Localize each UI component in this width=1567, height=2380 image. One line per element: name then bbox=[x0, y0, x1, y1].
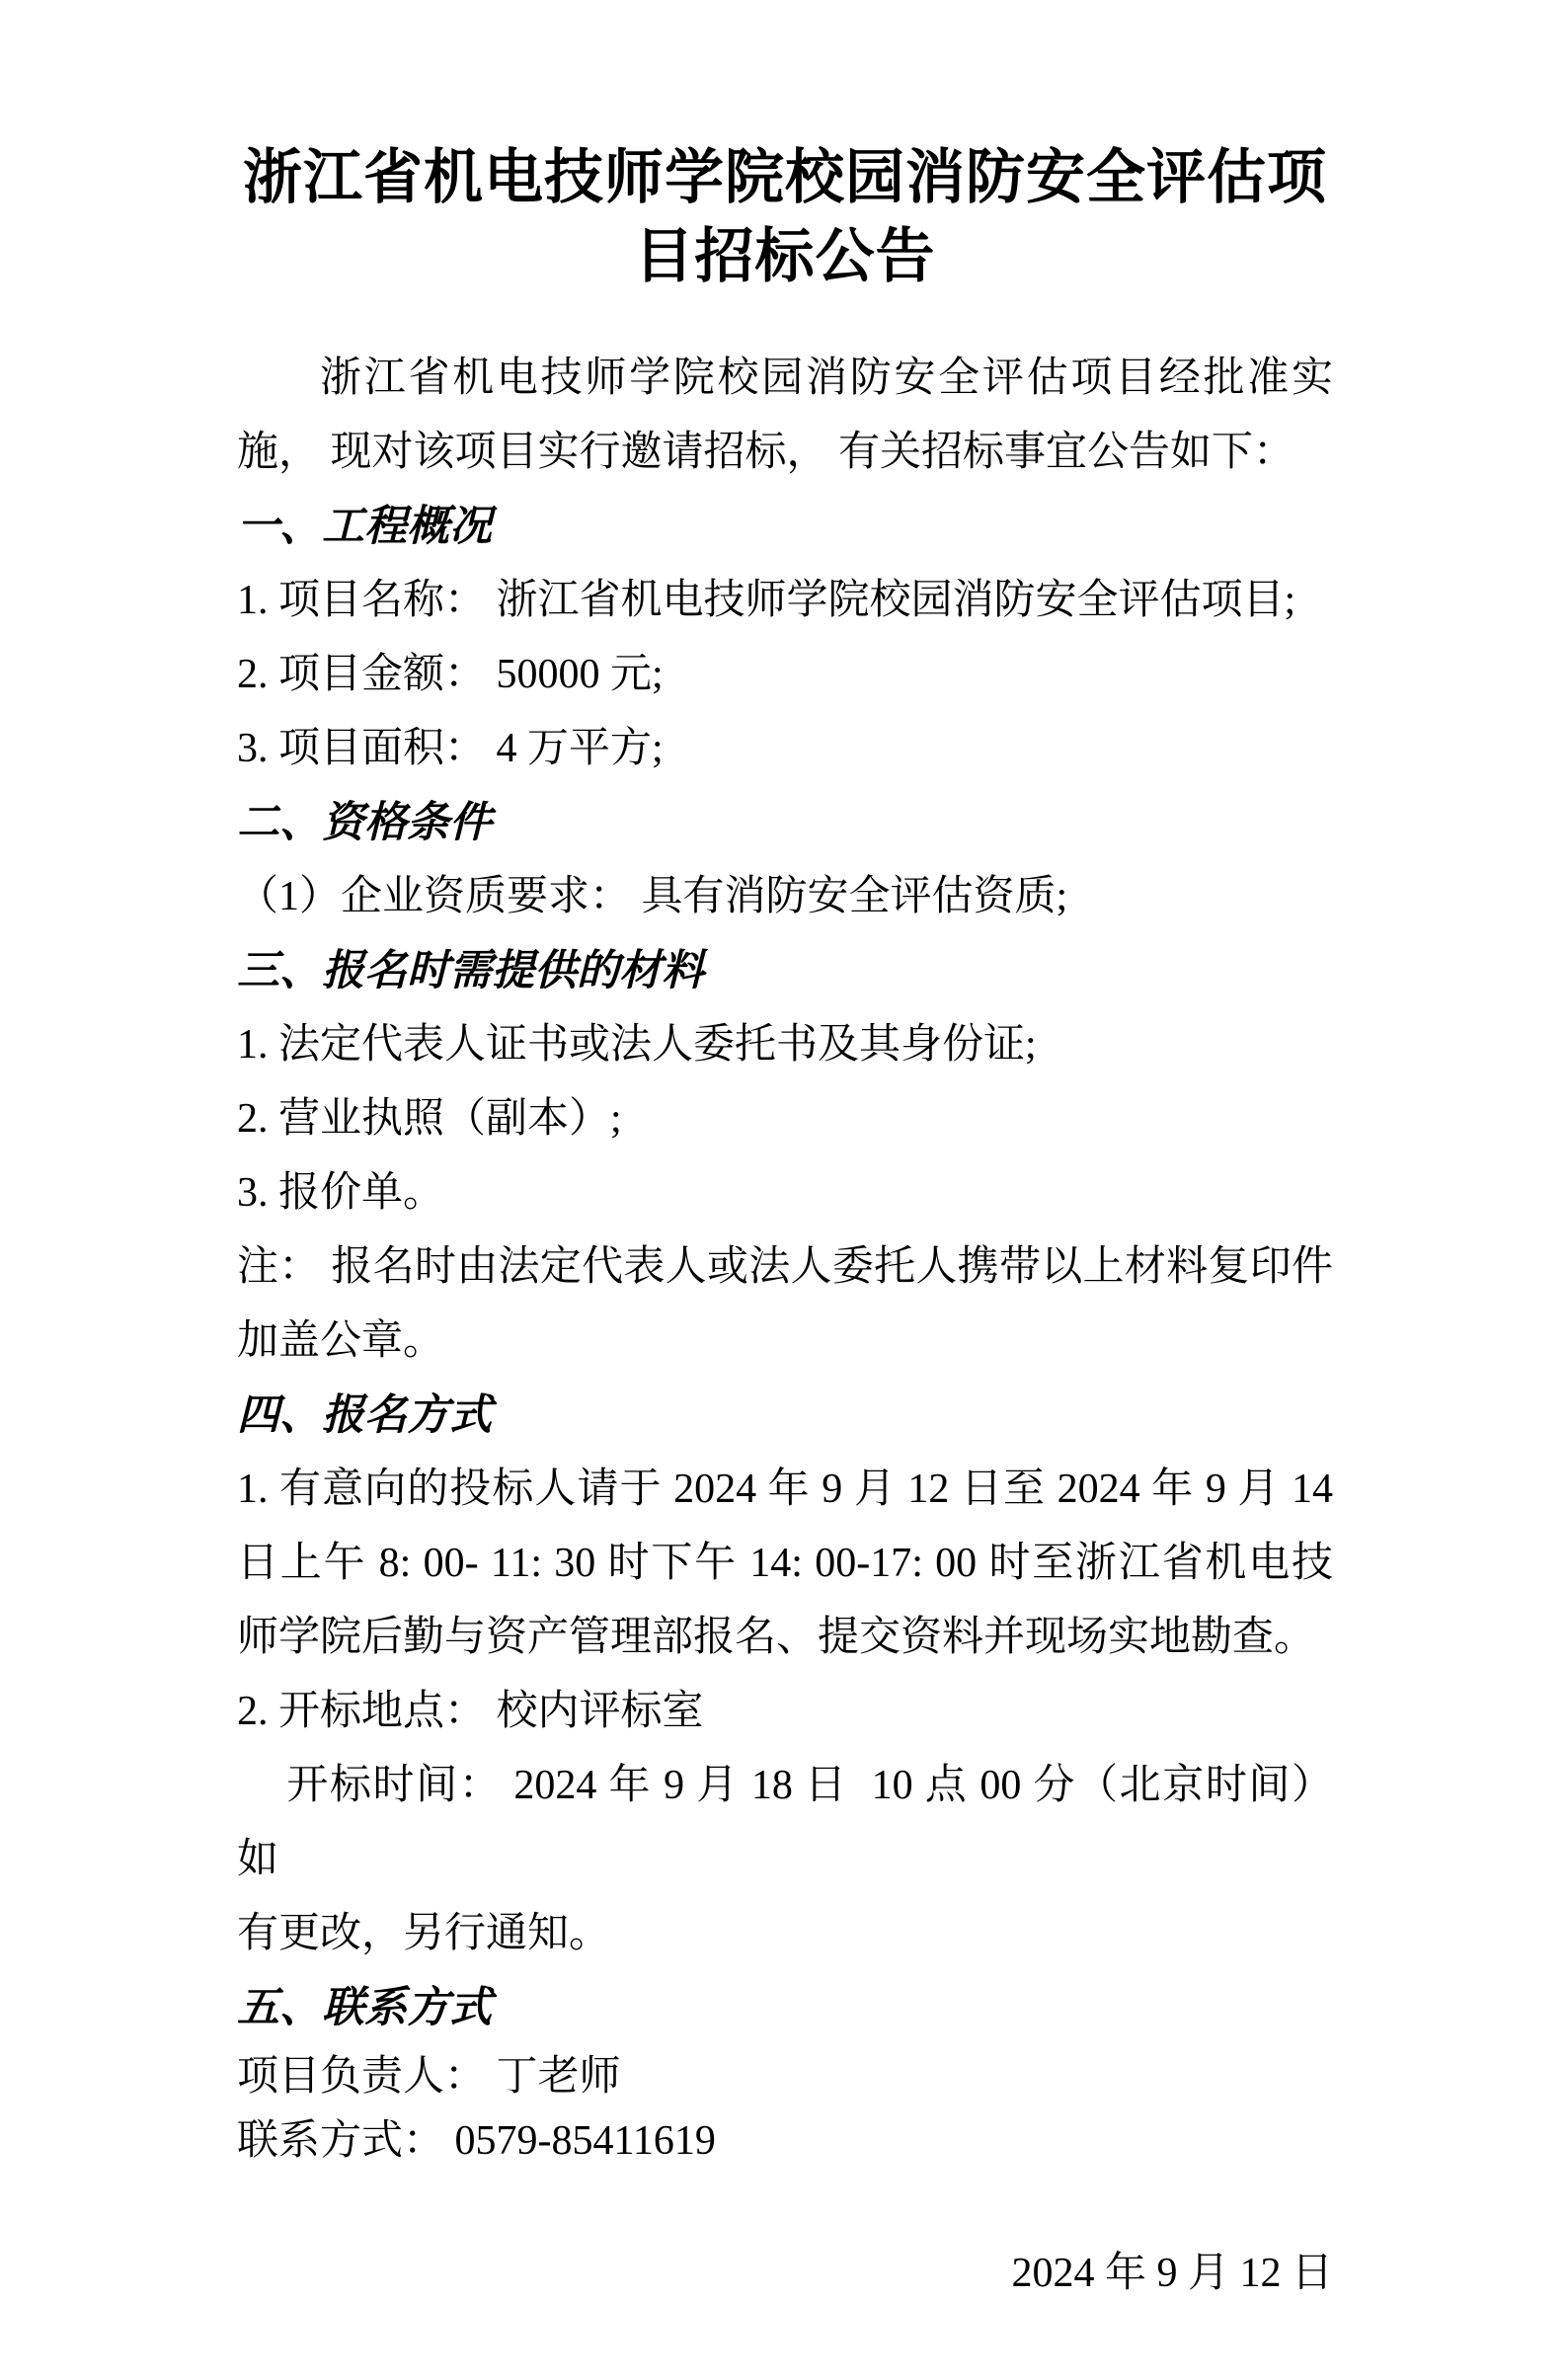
bid-location-line: 2. 开标地点： 校内评标室 bbox=[237, 1675, 1333, 1749]
contact-phone-line: 联系方式： 0579-85411619 bbox=[237, 2109, 1333, 2174]
registration-line-1: 1. 有意向的投标人请于 2024 年 9 月 12 日至 2024 年 9 月… bbox=[237, 1453, 1333, 1527]
material-item-1: 1. 法定代表人证书或法人委托书及其身份证; bbox=[237, 1008, 1333, 1082]
doc-title-line-1: 浙江省机电技师学院校园消防安全评估项 bbox=[237, 138, 1333, 217]
bid-time-line-1: 开标时间： 2024 年 9 月 18 日 10 点 00 分（北京时间）如 bbox=[237, 1749, 1333, 1897]
note-line-2: 加盖公章。 bbox=[237, 1305, 1333, 1379]
project-area-line: 3. 项目面积： 4 万平方; bbox=[237, 712, 1333, 786]
document-page: 浙江省机电技师学院校园消防安全评估项 目招标公告 浙江省机电技师学院校园消防安全… bbox=[0, 0, 1567, 2380]
section-heading-materials: 三、报名时需提供的材料 bbox=[237, 934, 1333, 1008]
document-date: 2024 年 9 月 12 日 bbox=[237, 2237, 1333, 2311]
section-heading-contact: 五、联系方式 bbox=[237, 1971, 1333, 2045]
section-heading-overview: 一、工程概况 bbox=[237, 490, 1333, 564]
bid-time-line-2: 有更改，另行通知。 bbox=[237, 1897, 1333, 1971]
registration-line-2: 日上午 8: 00- 11: 30 时下午 14: 00-17: 00 时至浙江… bbox=[237, 1527, 1333, 1601]
material-item-3: 3. 报价单。 bbox=[237, 1156, 1333, 1230]
project-amount-line: 2. 项目金额： 50000 元; bbox=[237, 638, 1333, 712]
contact-person-line: 项目负责人： 丁老师 bbox=[237, 2045, 1333, 2109]
intro-paragraph-line-2: 施， 现对该项目实行邀请招标， 有关招标事宜公告如下： bbox=[237, 416, 1333, 490]
document-title: 浙江省机电技师学院校园消防安全评估项 目招标公告 bbox=[237, 138, 1333, 296]
section-heading-registration: 四、报名方式 bbox=[237, 1379, 1333, 1453]
registration-line-3: 师学院后勤与资产管理部报名、提交资料并现场实地勘查。 bbox=[237, 1601, 1333, 1675]
note-line-1: 注： 报名时由法定代表人或法人委托人携带以上材料复印件 bbox=[237, 1230, 1333, 1305]
section-heading-qualification: 二、资格条件 bbox=[237, 786, 1333, 860]
qualification-requirement-line: （1）企业资质要求： 具有消防安全评估资质; bbox=[237, 860, 1333, 934]
intro-paragraph-line-1: 浙江省机电技师学院校园消防安全评估项目经批准实 bbox=[237, 342, 1333, 416]
material-item-2: 2. 营业执照（副本）; bbox=[237, 1082, 1333, 1156]
project-name-line: 1. 项目名称： 浙江省机电技师学院校园消防安全评估项目; bbox=[237, 564, 1333, 638]
doc-title-line-2: 目招标公告 bbox=[237, 217, 1333, 296]
document-body: 浙江省机电技师学院校园消防安全评估项目经批准实 施， 现对该项目实行邀请招标， … bbox=[237, 342, 1333, 2174]
